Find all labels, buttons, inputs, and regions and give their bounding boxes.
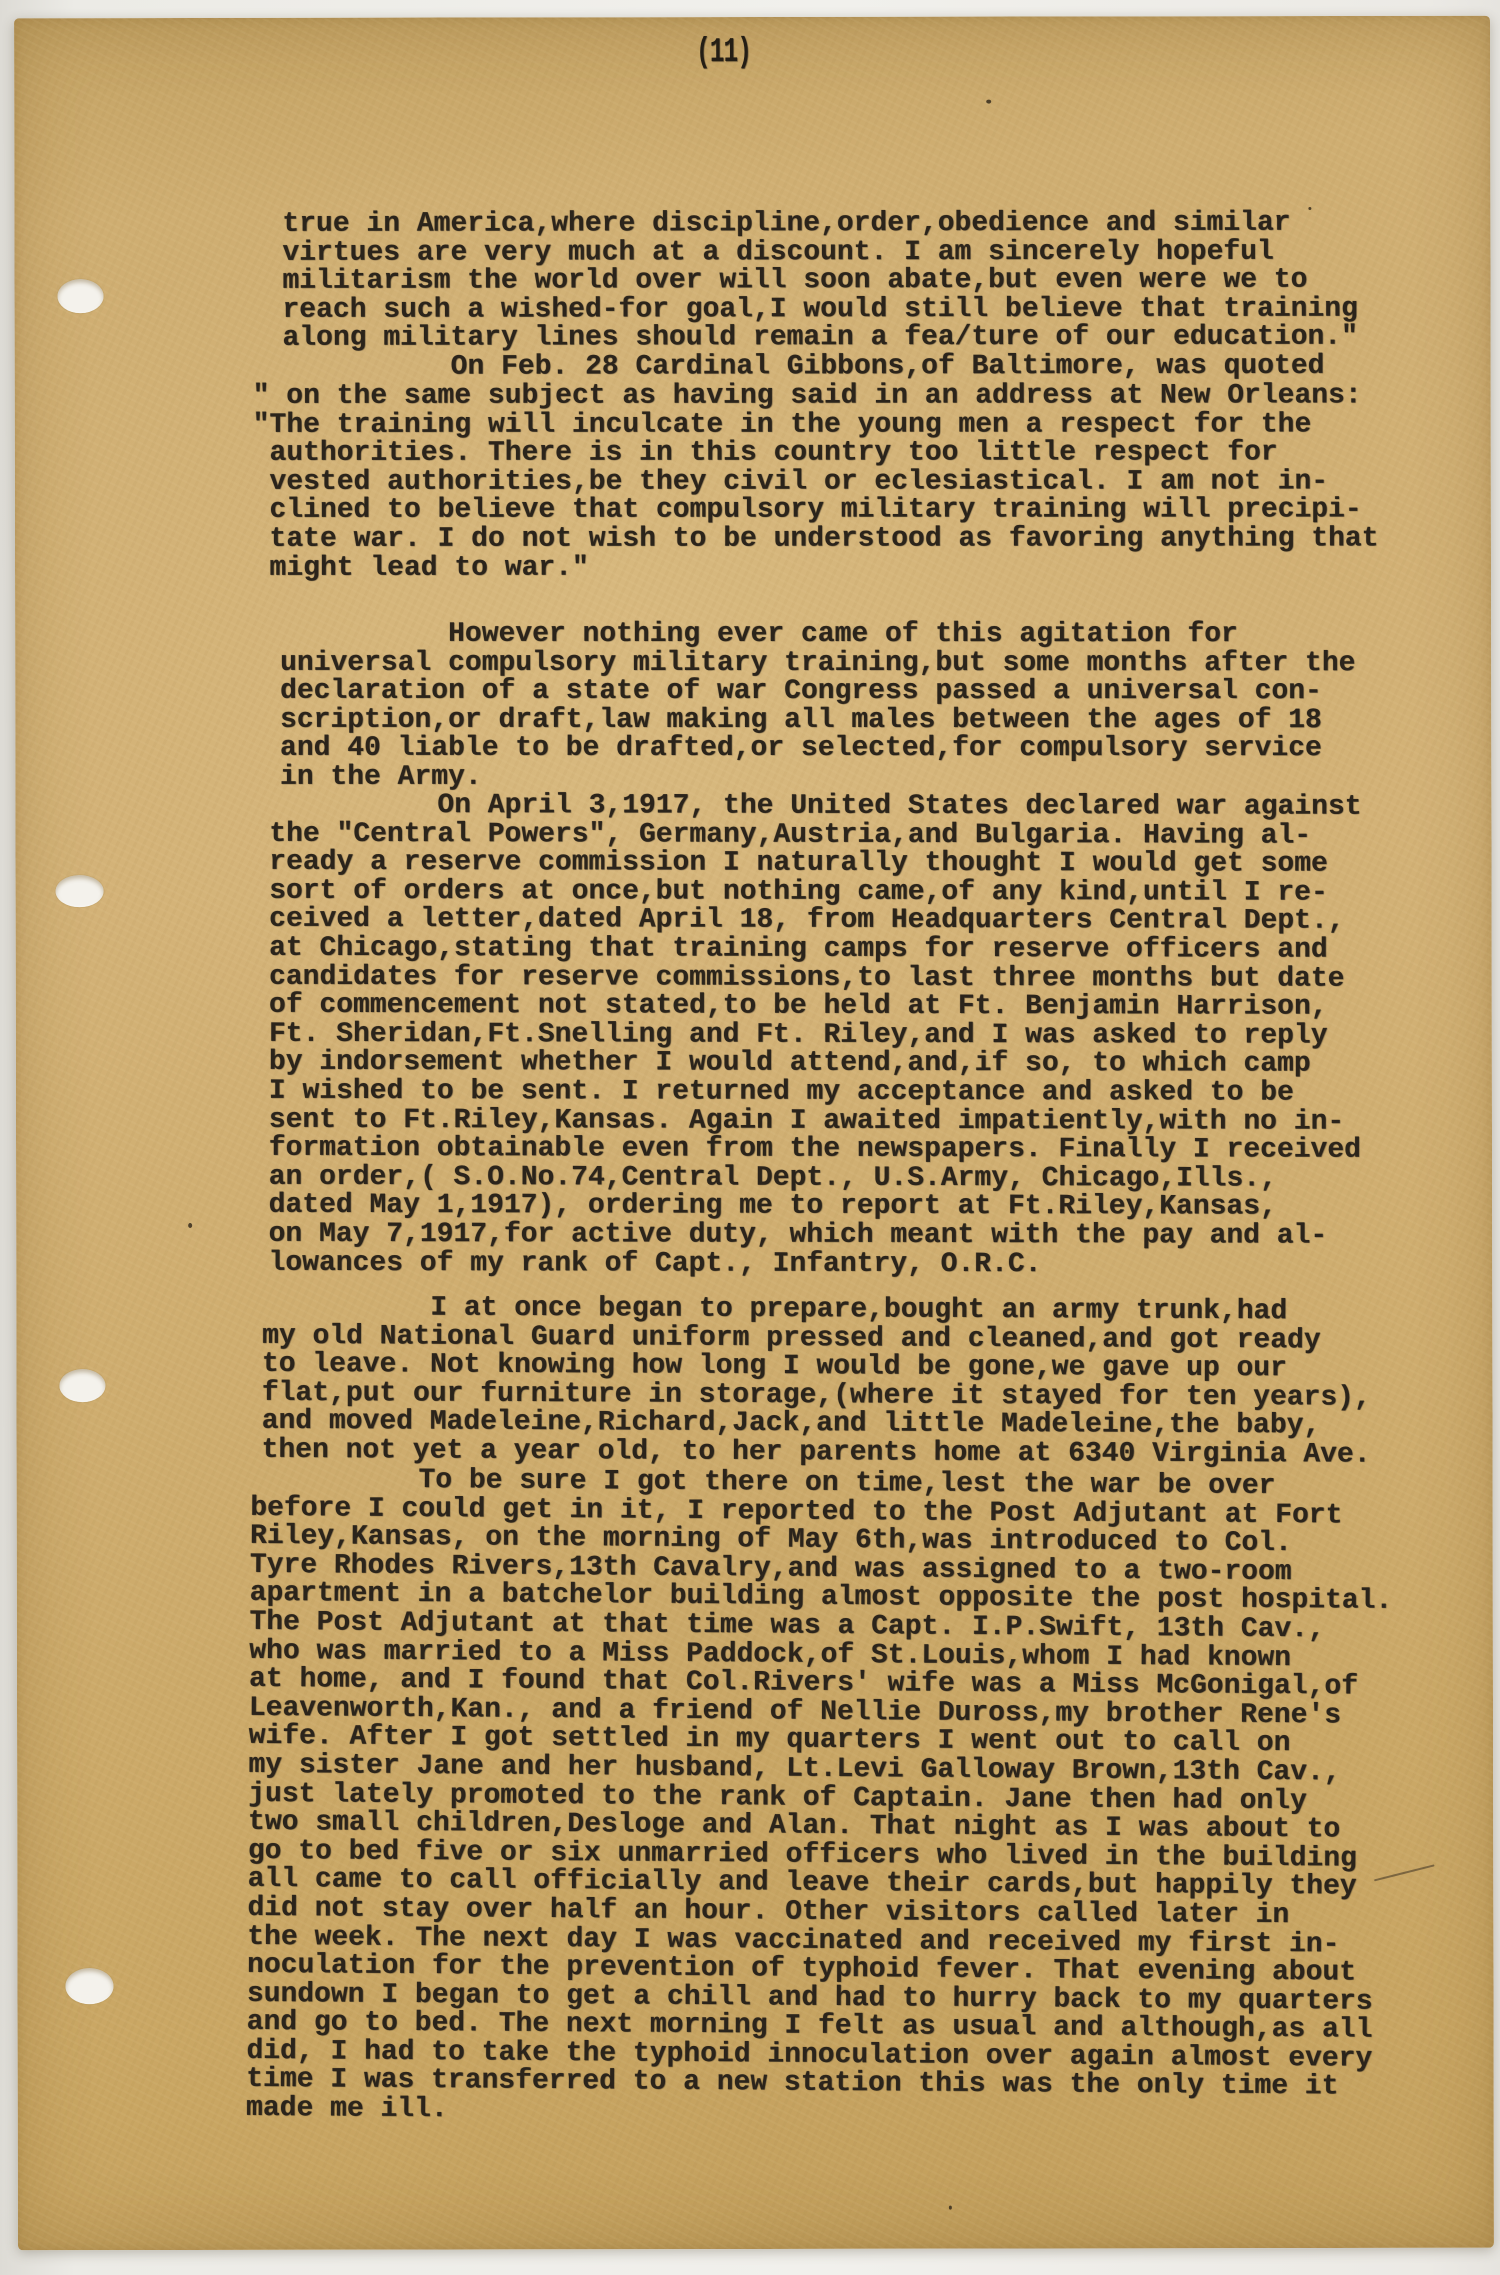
text-line: true in America,where discipline,order,o… xyxy=(282,210,1490,240)
text-line: tate war. I do not wish to be understood… xyxy=(253,525,1491,554)
text-line: along military lines should remain a fea… xyxy=(283,324,1491,354)
ink-speck xyxy=(986,100,991,104)
text-line: clined to believe that compulsory milita… xyxy=(253,496,1491,525)
text-line: On Feb. 28 Cardinal Gibbons,of Baltimore… xyxy=(283,353,1491,383)
text-line: militarism the world over will soon abat… xyxy=(282,267,1490,297)
text-line: on May 7,1917,for active duty, which mea… xyxy=(269,1221,1491,1252)
ink-speck xyxy=(1308,207,1311,210)
text-line: virtues are very much at a discount. I a… xyxy=(282,238,1490,268)
typewritten-text: true in America,where discipline,order,o… xyxy=(14,209,1493,2124)
paragraph-gibbons-intro: On Feb. 28 Cardinal Gibbons,of Baltimore… xyxy=(283,353,1491,383)
paragraph-gibbons-quote: " on the same subject as having said in … xyxy=(253,382,1491,583)
text-line: vested authorities,be they civil or ecle… xyxy=(253,468,1491,497)
text-line: "The training will inculcate in the youn… xyxy=(253,411,1491,440)
text-line: However nothing ever came of this agitat… xyxy=(280,621,1491,650)
text-line: reach such a wished-for goal,I would sti… xyxy=(282,295,1490,325)
text-line: and 40 liable to be drafted,or selected,… xyxy=(280,735,1491,764)
text-line: might lead to war." xyxy=(253,554,1491,583)
paragraph-fort-riley: To be sure I got there on time,lest the … xyxy=(246,1466,1493,2132)
paragraph-agitation: However nothing ever came of this agitat… xyxy=(280,621,1491,793)
page-number: (11) xyxy=(696,33,751,72)
text-line: declaration of a state of war Congress p… xyxy=(280,678,1491,707)
text-line: lowances of my rank of Capt., Infantry, … xyxy=(269,1250,1491,1281)
text-line: universal compulsory military training,b… xyxy=(280,649,1491,678)
text-line: scription,or draft,law making all males … xyxy=(280,706,1491,735)
text-line: authorities. There is in this country to… xyxy=(253,439,1491,468)
typewritten-page: (11) true in America,where discipline,or… xyxy=(14,16,1494,2251)
paragraph-preparation: I at once began to prepare,bought an arm… xyxy=(262,1294,1493,1471)
ink-speck xyxy=(949,2206,952,2210)
scanner-background: (11) true in America,where discipline,or… xyxy=(0,0,1500,2275)
ink-speck xyxy=(188,1223,192,1228)
text-line: " on the same subject as having said in … xyxy=(253,382,1491,411)
text-line: in the Army. xyxy=(280,764,1491,793)
paragraph-continuation-top: true in America,where discipline,order,o… xyxy=(282,210,1490,354)
paragraph-war-declared-orders: On April 3,1917, the United States decla… xyxy=(269,792,1492,1280)
